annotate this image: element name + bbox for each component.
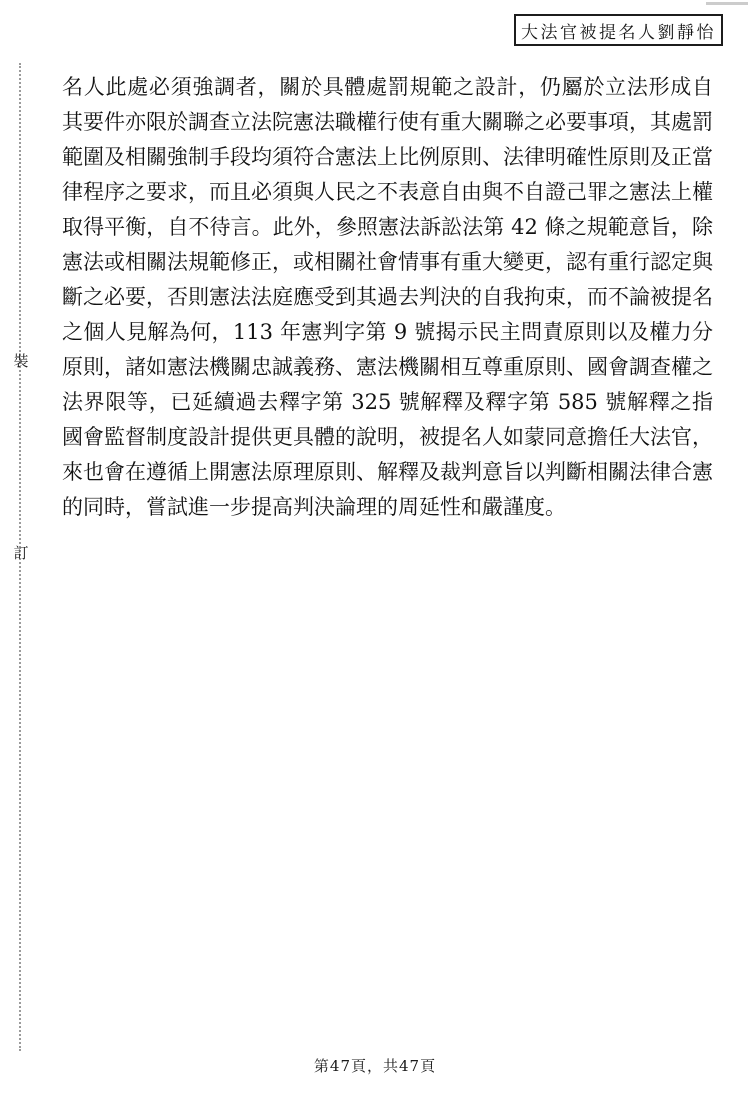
body-line: 範圍及相關強制手段均須符合憲法上比例原則、法律明確性原則及正當法	[62, 140, 713, 175]
body-line: 原則，諸如憲法機關忠誠義務、憲法機關相互尊重原則、國會調查權之憲	[62, 350, 713, 385]
body-line: 法界限等，已延續過去釋字第 325 號解釋及釋字第 585 號解釋之指引，為	[62, 385, 713, 420]
body-line: 的同時，嘗試進一步提高判決論理的周延性和嚴謹度。	[62, 490, 713, 525]
document-body: 名人此處必須強調者，關於具體處罰規範之設計，仍屬於立法形成自由， 其要件亦限於調…	[62, 70, 713, 525]
body-line: 取得平衡，自不待言。此外，參照憲法訴訟法第 42 條之規範意旨，除非有	[62, 210, 713, 245]
body-line: 之個人見解為何，113 年憲判字第 9 號揭示民主問責原則以及權力分立基本	[62, 315, 713, 350]
nominee-header-box: 大法官被提名人劉靜怡	[514, 14, 723, 46]
scan-artifact	[706, 2, 748, 5]
document-page: 大法官被提名人劉靜怡 裝 訂 名人此處必須強調者，關於具體處罰規範之設計，仍屬於…	[0, 0, 750, 1105]
binding-mark-zhuang: 裝	[12, 353, 30, 370]
page-number: 第47頁，共47頁	[0, 1055, 750, 1076]
nominee-header-label: 大法官被提名人劉靜怡	[521, 18, 716, 43]
body-line: 來也會在遵循上開憲法原理原則、解釋及裁判意旨以判斷相關法律合憲性	[62, 455, 713, 490]
binding-mark-ding: 訂	[12, 545, 30, 562]
body-line: 其要件亦限於調查立法院憲法職權行使有重大關聯之必要事項，其處罰之	[62, 105, 713, 140]
body-line: 名人此處必須強調者，關於具體處罰規範之設計，仍屬於立法形成自由，	[62, 70, 713, 105]
body-line: 斷之必要，否則憲法法庭應受到其過去判決的自我拘束，而不論被提名人	[62, 280, 713, 315]
body-line: 律程序之要求，而且必須與人民之不表意自由與不自證己罪之憲法上權利	[62, 175, 713, 210]
body-line: 國會監督制度設計提供更具體的說明，被提名人如蒙同意擔任大法官，未	[62, 420, 713, 455]
body-line: 憲法或相關法規範修正，或相關社會情事有重大變更，認有重行認定與判	[62, 245, 713, 280]
